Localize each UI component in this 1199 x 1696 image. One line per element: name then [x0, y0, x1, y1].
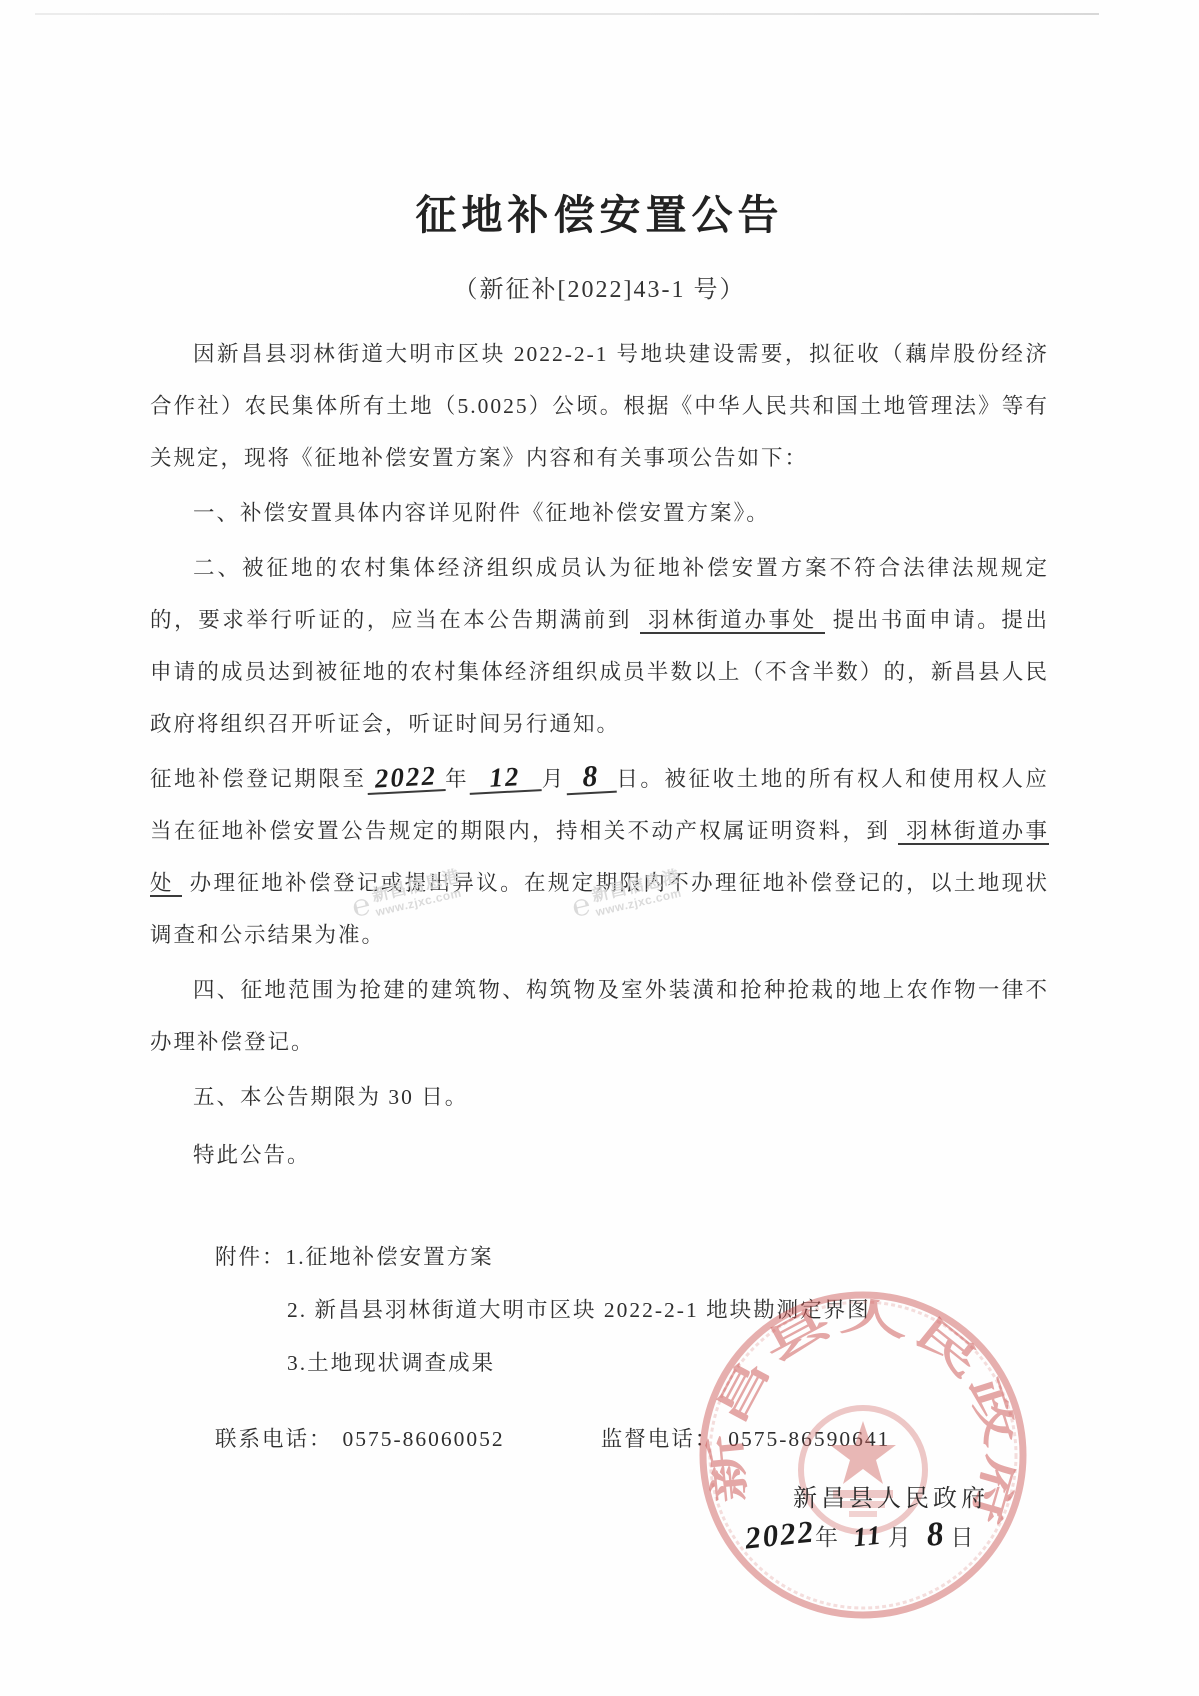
attachment-item-1: 1.征地补偿安置方案 — [286, 1245, 494, 1269]
signature-date-day: 8 — [919, 1517, 952, 1554]
document-content: 征地补偿安置公告 （新征补[2022]43-1 号） 因新昌县羽林街道大明市区块… — [0, 0, 1199, 1453]
paragraph-closing: 特此公告。 — [150, 1129, 1049, 1181]
paragraph-intro: 因新昌县羽林街道大明市区块 2022-2-1 号地块建设需要，拟征收（藕岸股份经… — [150, 328, 1049, 484]
scanned-document-page: 征地补偿安置公告 （新征补[2022]43-1 号） 因新昌县羽林街道大明市区块… — [0, 0, 1199, 1696]
month-label: 月 — [541, 767, 566, 791]
supervision-phone: 监督电话：0575-86590641 — [601, 1422, 891, 1453]
signature-day-label: 日 — [951, 1525, 976, 1550]
signature-month-label: 月 — [888, 1525, 913, 1550]
supervision-phone-label: 监督电话： — [601, 1427, 719, 1451]
signature-government-name: 新昌县人民政府 — [793, 1478, 989, 1513]
document-body: 因新昌县羽林街道大明市区块 2022-2-1 号地块建设需要，拟征收（藕岸股份经… — [150, 328, 1049, 1181]
signature-year-label: 年 — [815, 1525, 840, 1550]
contact-phone-number: 0575-86060052 — [343, 1427, 505, 1451]
paragraph-item1: 一、补偿安置具体内容详见附件《征地补偿安置方案》。 — [150, 487, 1049, 539]
registration-prefix: 征地补偿登记期限至 — [150, 767, 367, 791]
attachment-item-3: 3.土地现状调查成果 — [215, 1337, 1049, 1390]
year-label: 年 — [445, 767, 470, 791]
attachment-item-2: 2. 新昌县羽林街道大明市区块 2022-2-1 地块勘测定界图 — [215, 1284, 1049, 1337]
paragraph-item2: 二、被征地的农村集体经济组织成员认为征地补偿安置方案不符合法律法规规定的，要求举… — [150, 542, 1049, 750]
signature-date-month: 11 — [846, 1521, 889, 1552]
handwritten-month: 12 — [468, 762, 541, 795]
paragraph-item5: 五、本公告期限为 30 日。 — [150, 1071, 1049, 1123]
signature-date: 2022年 11月 8日 — [745, 1518, 976, 1552]
contact-phone-label: 联系电话： — [215, 1427, 333, 1451]
signature-date-year: 2022 — [744, 1515, 817, 1553]
registration-suffix: 办理征地补偿登记或提出异议。在规定期限内不办理征地补偿登记的，以土地现状调查和公… — [150, 871, 1049, 947]
handwritten-day: 8 — [565, 761, 617, 796]
document-number: （新征补[2022]43-1 号） — [150, 269, 1049, 304]
contacts-row: 联系电话：0575-86060052 监督电话：0575-86590641 — [215, 1422, 1049, 1453]
handwritten-year: 2022 — [366, 762, 445, 795]
attachments-block: 附件：1.征地补偿安置方案 2. 新昌县羽林街道大明市区块 2022-2-1 地… — [215, 1231, 1049, 1390]
page-title: 征地补偿安置公告 — [150, 182, 1049, 241]
paragraph-item4: 四、征地范围为抢建的建筑物、构筑物及室外装潢和抢种抢栽的地上农作物一律不办理补偿… — [150, 964, 1049, 1068]
paragraph-registration: 征地补偿登记期限至2022年12月8日。被征收土地的所有权人和使用权人应当在征地… — [150, 753, 1049, 961]
attachments-label: 附件： — [215, 1245, 286, 1269]
supervision-phone-number: 0575-86590641 — [728, 1427, 890, 1451]
day-label: 日。 — [616, 767, 665, 791]
scan-artifact-line — [35, 13, 1099, 15]
attachment-line-1: 附件：1.征地补偿安置方案 — [215, 1231, 1049, 1284]
item2-office-blank: 羽林街道办事处 — [640, 608, 825, 634]
contact-phone: 联系电话：0575-86060052 — [215, 1422, 505, 1453]
